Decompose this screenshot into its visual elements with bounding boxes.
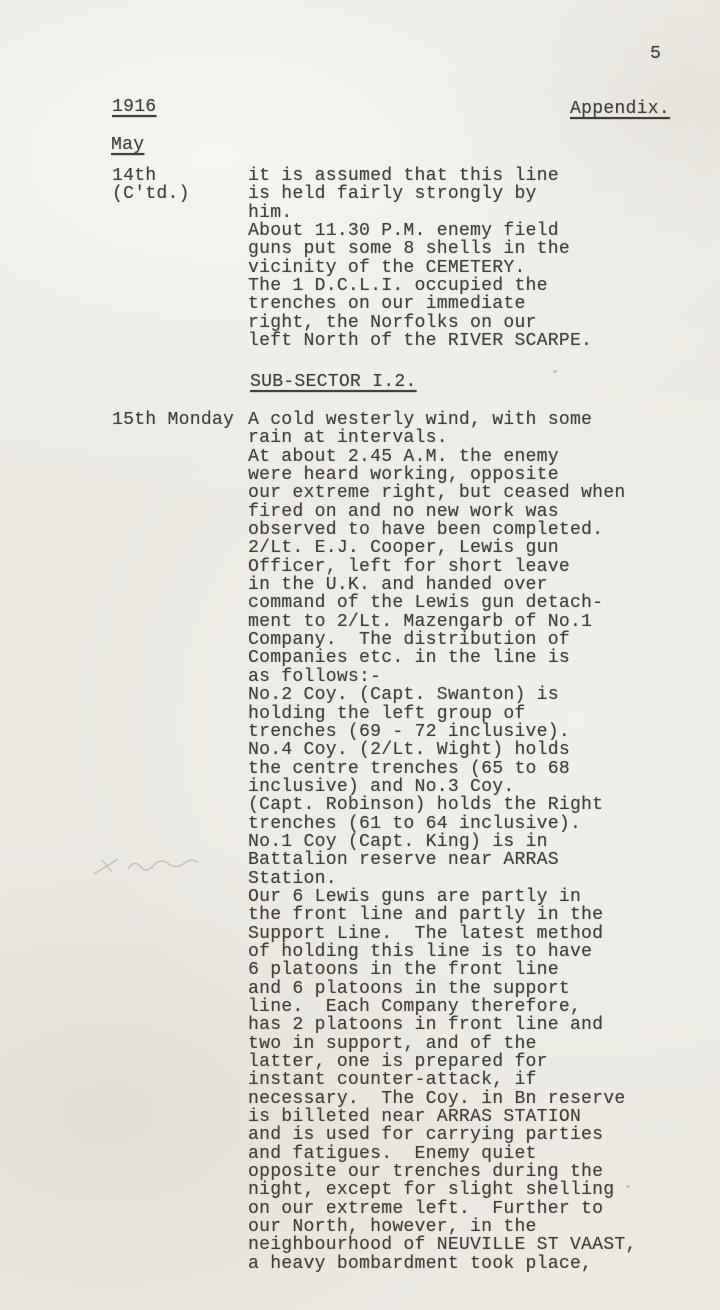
paper-speck bbox=[626, 1185, 630, 1188]
text-line: and is used for carrying parties bbox=[248, 1126, 637, 1144]
text-line: it is assumed that this line bbox=[248, 167, 592, 185]
text-line: 15th Monday bbox=[112, 411, 234, 429]
text-line: right, the Norfolks on our bbox=[248, 314, 592, 332]
text-line: of holding this line is to have bbox=[248, 943, 637, 961]
text-line: trenches (69 - 72 inclusive). bbox=[248, 723, 637, 741]
text-line: trenches (61 to 64 inclusive). bbox=[248, 815, 637, 833]
text-line: our extreme right, but ceased when bbox=[248, 484, 637, 502]
text-line: opposite our trenches during the bbox=[248, 1163, 637, 1181]
text-line: necessary. The Coy. in Bn reserve bbox=[248, 1090, 637, 1108]
text-line: Battalion reserve near ARRAS bbox=[248, 851, 637, 869]
text-line: holding the left group of bbox=[248, 705, 637, 723]
text-line: trenches on our immediate bbox=[248, 295, 592, 313]
text-line: instant counter-attack, if bbox=[248, 1071, 637, 1089]
text-line: the front line and partly in the bbox=[248, 906, 637, 924]
text-line: Our 6 Lewis guns are partly in bbox=[248, 888, 637, 906]
page-number: 5 bbox=[650, 44, 661, 64]
text-line: Station. bbox=[248, 870, 637, 888]
paper-speck bbox=[553, 370, 557, 373]
text-line: observed to have been completed. bbox=[248, 521, 637, 539]
text-line: rain at intervals. bbox=[248, 429, 637, 447]
month-heading: May bbox=[111, 135, 144, 155]
text-line: as follows:- bbox=[248, 668, 637, 686]
text-line: is held fairly strongly by bbox=[248, 185, 592, 203]
subsector-heading: SUB-SECTOR I.2. bbox=[250, 372, 417, 392]
text-line: is billeted near ARRAS STATION bbox=[248, 1108, 637, 1126]
text-line: command of the Lewis gun detach- bbox=[248, 594, 637, 612]
year-heading: 1916 bbox=[112, 97, 156, 117]
text-line: 2/Lt. E.J. Cooper, Lewis gun bbox=[248, 539, 637, 557]
text-line: him. bbox=[248, 204, 592, 222]
entry-body: it is assumed that this lineis held fair… bbox=[248, 167, 592, 350]
text-line: guns put some 8 shells in the bbox=[248, 240, 592, 258]
text-line: No.2 Coy. (Capt. Swanton) is bbox=[248, 686, 637, 704]
entry-body: A cold westerly wind, with somerain at i… bbox=[248, 411, 637, 1273]
text-line: 6 platoons in the front line bbox=[248, 961, 637, 979]
text-line: vicinity of the CEMETERY. bbox=[248, 259, 592, 277]
text-line: a heavy bombardment took place, bbox=[248, 1255, 637, 1273]
text-line: were heard working, opposite bbox=[248, 466, 637, 484]
text-line: on our extreme left. Further to bbox=[248, 1200, 637, 1218]
text-line: inclusive) and No.3 Coy. bbox=[248, 778, 637, 796]
text-line: A cold westerly wind, with some bbox=[248, 411, 637, 429]
text-line: neighbourhood of NEUVILLE ST VAAST, bbox=[248, 1236, 637, 1254]
text-line: Officer, left for short leave bbox=[248, 558, 637, 576]
appendix-heading: Appendix. bbox=[570, 99, 670, 119]
text-line: About 11.30 P.M. enemy field bbox=[248, 222, 592, 240]
text-line: latter, one is prepared for bbox=[248, 1053, 637, 1071]
text-line: fired on and no new work was bbox=[248, 503, 637, 521]
text-line: and fatigues. Enemy quiet bbox=[248, 1145, 637, 1163]
text-line: and 6 platoons in the support bbox=[248, 980, 637, 998]
text-line: line. Each Company therefore, bbox=[248, 998, 637, 1016]
text-line: in the U.K. and handed over bbox=[248, 576, 637, 594]
paper: 5 1916 Appendix. May 14th(C'td.) it is a… bbox=[0, 0, 720, 1310]
text-line: At about 2.45 A.M. the enemy bbox=[248, 448, 637, 466]
text-line: two in support, and of the bbox=[248, 1035, 637, 1053]
text-line: has 2 platoons in front line and bbox=[248, 1016, 637, 1034]
text-line: The 1 D.C.L.I. occupied the bbox=[248, 277, 592, 295]
pencil-mark bbox=[90, 850, 210, 880]
text-line: Company. The distribution of bbox=[248, 631, 637, 649]
text-line: Companies etc. in the line is bbox=[248, 649, 637, 667]
text-line: (Capt. Robinson) holds the Right bbox=[248, 796, 637, 814]
entry-date: 15th Monday bbox=[112, 411, 234, 429]
text-line: Support Line. The latest method bbox=[248, 925, 637, 943]
text-line: (C'td.) bbox=[112, 185, 190, 203]
text-line: No.1 Coy (Capt. King) is in bbox=[248, 833, 637, 851]
text-line: left North of the RIVER SCARPE. bbox=[248, 332, 592, 350]
text-line: 14th bbox=[112, 167, 190, 185]
entry-date: 14th(C'td.) bbox=[112, 167, 190, 204]
text-line: our North, however, in the bbox=[248, 1218, 637, 1236]
text-line: ment to 2/Lt. Mazengarb of No.1 bbox=[248, 613, 637, 631]
text-line: the centre trenches (65 to 68 bbox=[248, 760, 637, 778]
text-line: No.4 Coy. (2/Lt. Wight) holds bbox=[248, 741, 637, 759]
text-line: night, except for slight shelling bbox=[248, 1181, 637, 1199]
